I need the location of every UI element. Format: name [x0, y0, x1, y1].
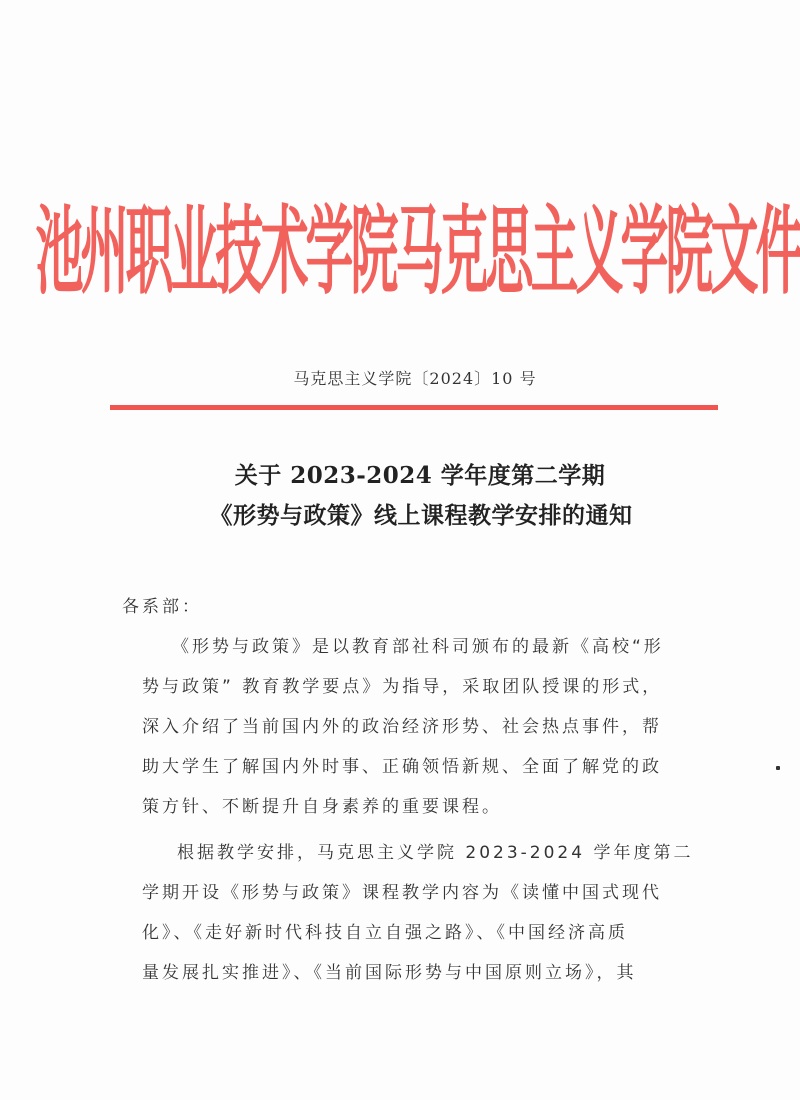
- scan-speck: [776, 766, 780, 770]
- document-number: 马克思主义学院〔2024〕10 号: [0, 366, 800, 389]
- body-line: 深入介绍了当前国内外的政治经济形势、社会热点事件，帮: [142, 712, 712, 737]
- red-divider-line: [110, 405, 718, 410]
- notice-title-line-2: 《形势与政策》线上课程教学安排的通知: [0, 497, 800, 530]
- body-line: 化》、《走好新时代科技自立自强之路》、《中国经济高质: [142, 918, 712, 943]
- body-line: 学期开设《形势与政策》课程教学内容为《读懂中国式现代: [142, 878, 712, 903]
- body-line: 根据教学安排，马克思主义学院 2023-2024 学年度第二: [177, 838, 747, 863]
- notice-title-line-1: 关于 2023-2024 学年度第二学期: [0, 457, 800, 490]
- masthead-text: 池州职业技术学院马克思主义学院文件: [36, 174, 800, 312]
- body-line: 策方针、不断提升自身素养的重要课程。: [142, 792, 712, 817]
- body-line: 《形势与政策》是以教育部社科司颁布的最新《高校“形: [172, 632, 742, 657]
- body-line: 量发展扎实推进》、《当前国际形势与中国原则立场》，其: [142, 958, 712, 983]
- salutation: 各系部：: [122, 592, 692, 617]
- body-line: 势与政策” 教育教学要点》为指导，采取团队授课的形式，: [142, 672, 712, 697]
- body-line: 助大学生了解国内外时事、正确领悟新规、全面了解党的政: [142, 752, 712, 777]
- document-masthead: 池州职业技术学院马克思主义学院文件: [128, 188, 708, 298]
- document-page: 池州职业技术学院马克思主义学院文件 马克思主义学院〔2024〕10 号 关于 2…: [0, 0, 800, 1100]
